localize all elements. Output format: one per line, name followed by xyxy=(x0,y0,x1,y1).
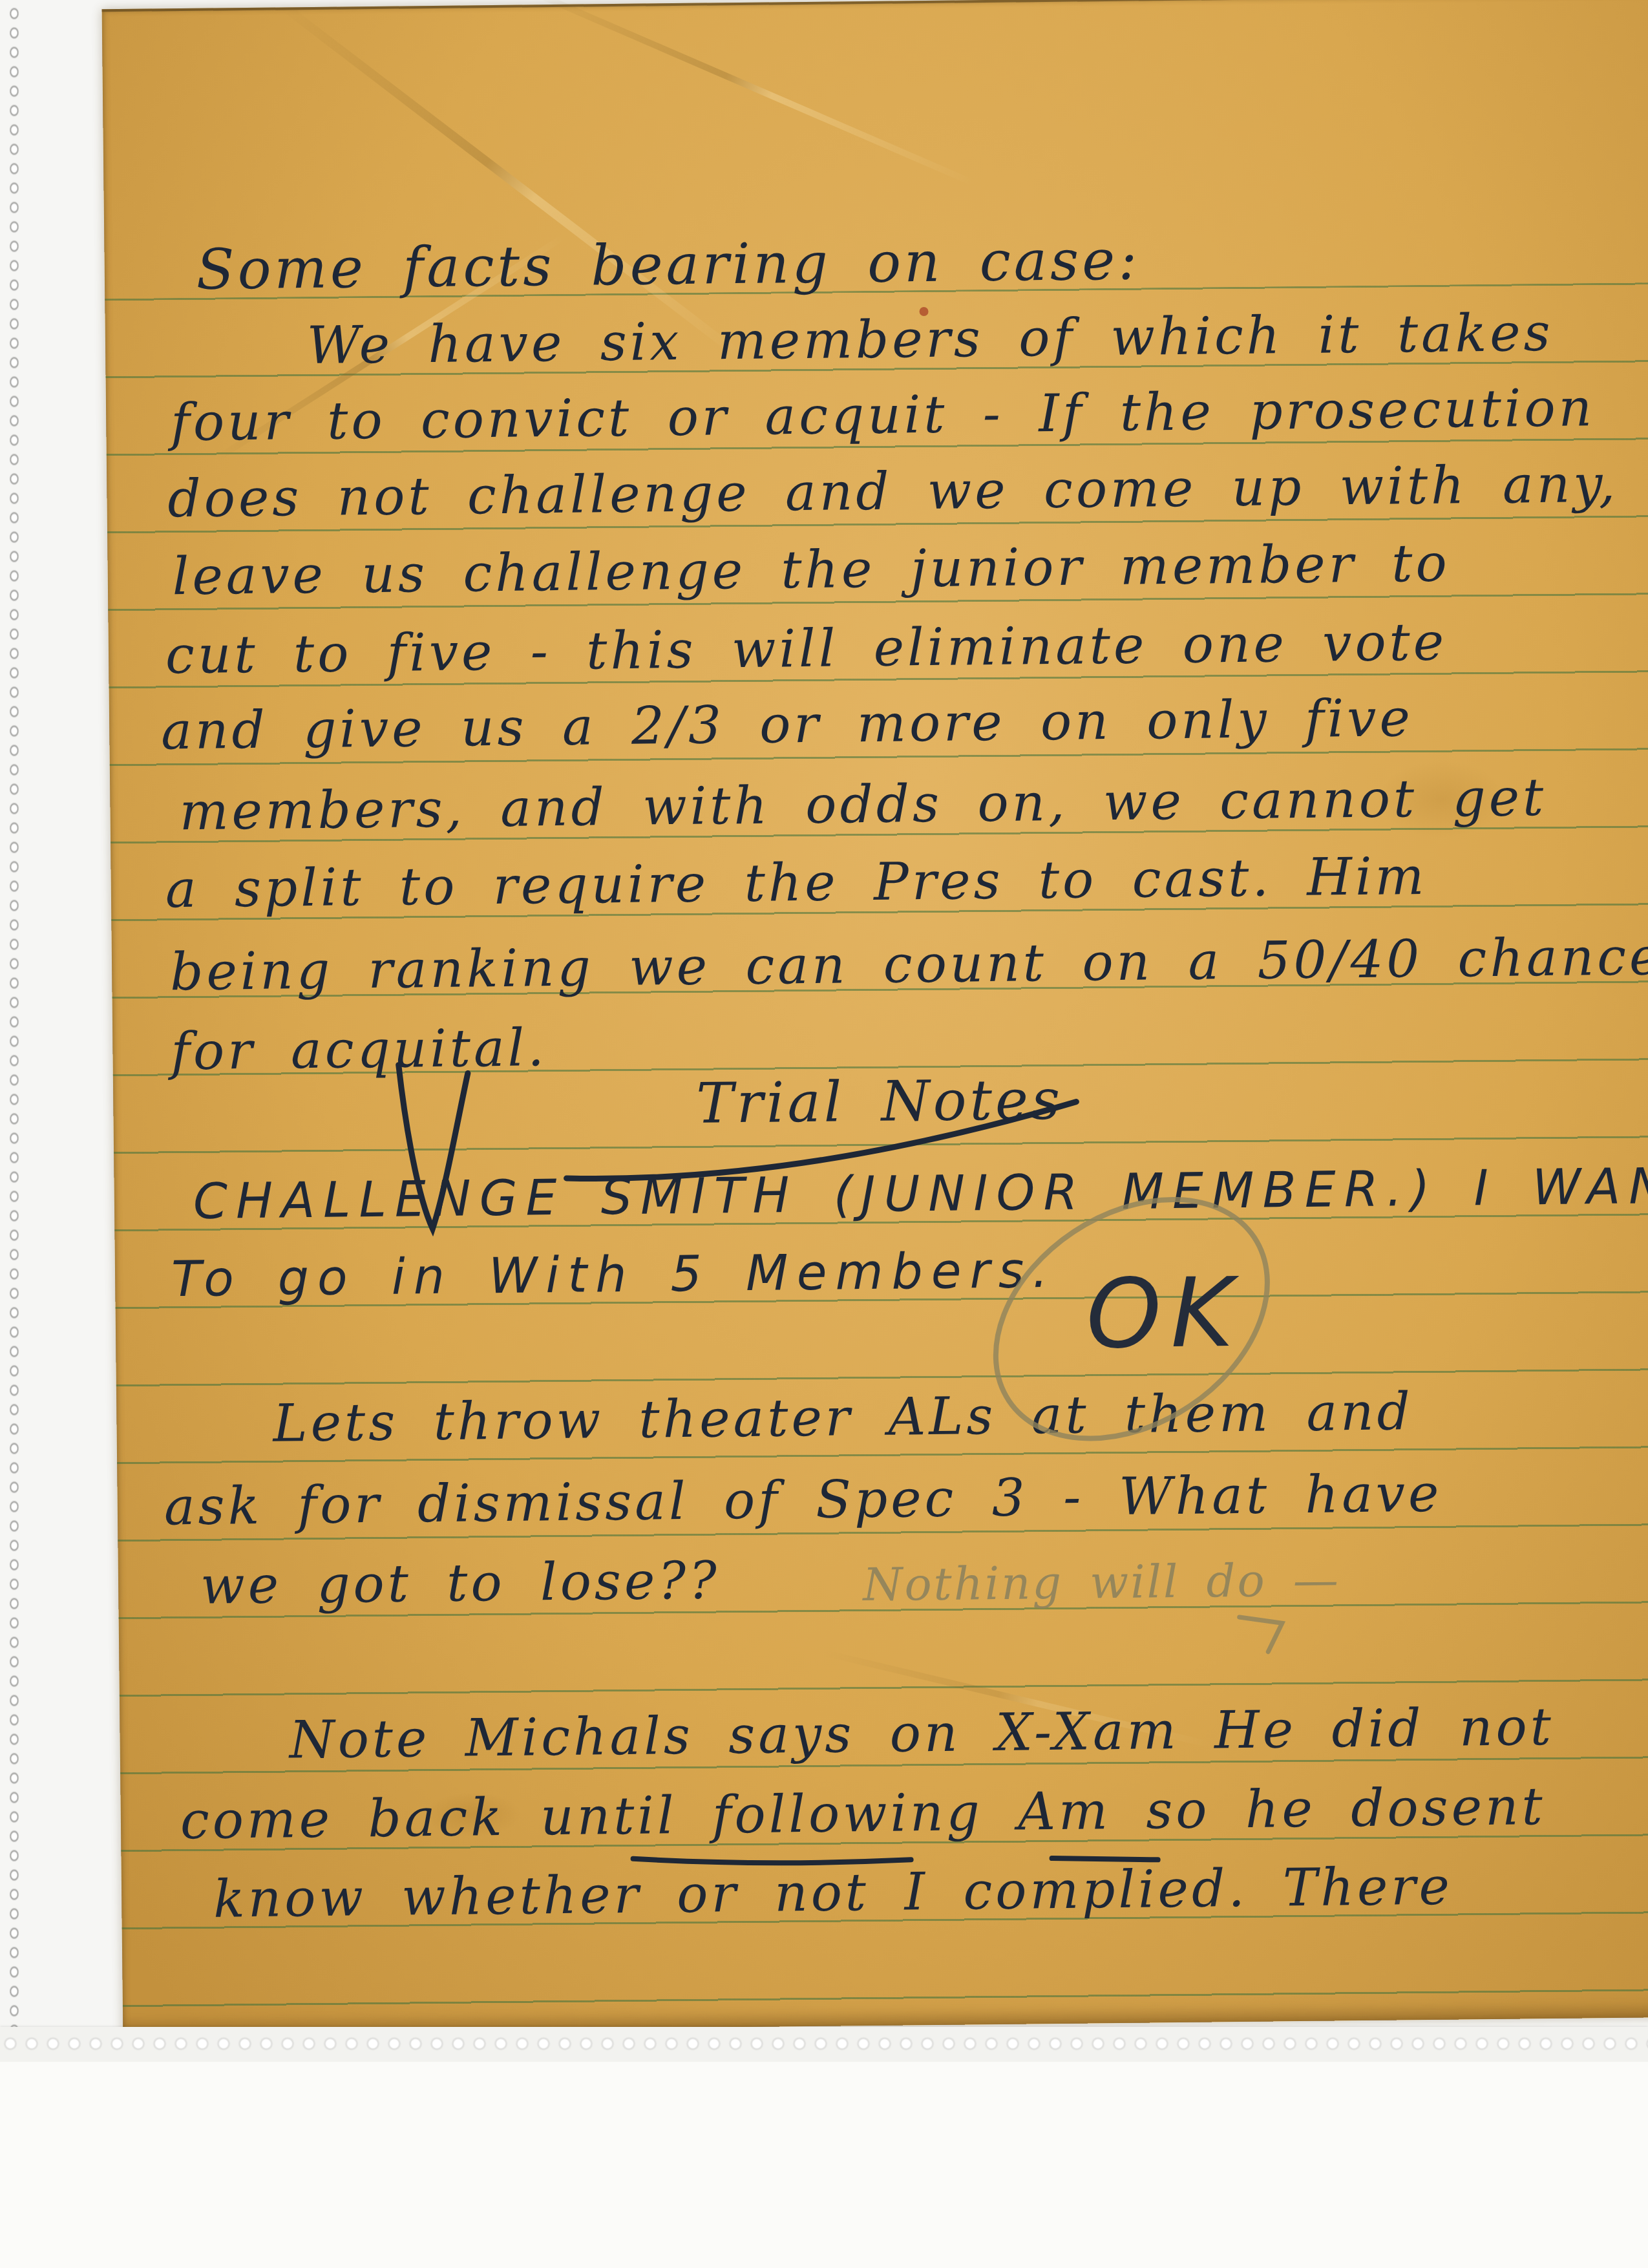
ruled-yellow-paper: Some facts bearing on case: We have six … xyxy=(102,0,1648,2033)
challenge-line: To go in With 5 Members. xyxy=(171,1243,1057,1306)
scanned-page: Some facts bearing on case: We have six … xyxy=(0,0,1648,2268)
ok-mark: OK xyxy=(1086,1260,1243,1367)
handwritten-line: a split to require the Pres to cast. Him xyxy=(165,848,1427,918)
handwritten-line: cut to five - this will eliminate one vo… xyxy=(165,614,1448,684)
sleeve-bottom-edge xyxy=(0,2027,1648,2062)
paper-crease xyxy=(522,0,975,186)
handwritten-line: leave us challenge the junior member to xyxy=(172,535,1450,606)
handwritten-line: We have six members of which it takes xyxy=(307,304,1554,374)
handwritten-line: we got to lose?? xyxy=(200,1552,721,1614)
sleeve-binding-rings xyxy=(0,4,32,2046)
handwritten-line: and give us a 2/3 or more on only five xyxy=(161,690,1413,759)
handwritten-line: for acquital. xyxy=(171,1019,547,1080)
pencil-remark: Nothing will do — xyxy=(863,1555,1340,1610)
handwritten-line: know whether or not I complied. There xyxy=(213,1858,1453,1928)
handwritten-line: ask for dismissal of Spec 3 - What have xyxy=(164,1465,1442,1536)
handwritten-line: Lets throw theater ALs at them and xyxy=(273,1383,1413,1452)
handwritten-opening-line: Some facts bearing on case: xyxy=(196,230,1140,301)
trial-notes-heading: Trial Notes xyxy=(696,1070,1064,1135)
scanner-background xyxy=(0,2062,1648,2268)
handwritten-line: Note Michals says on X-Xam He did not xyxy=(289,1699,1554,1768)
